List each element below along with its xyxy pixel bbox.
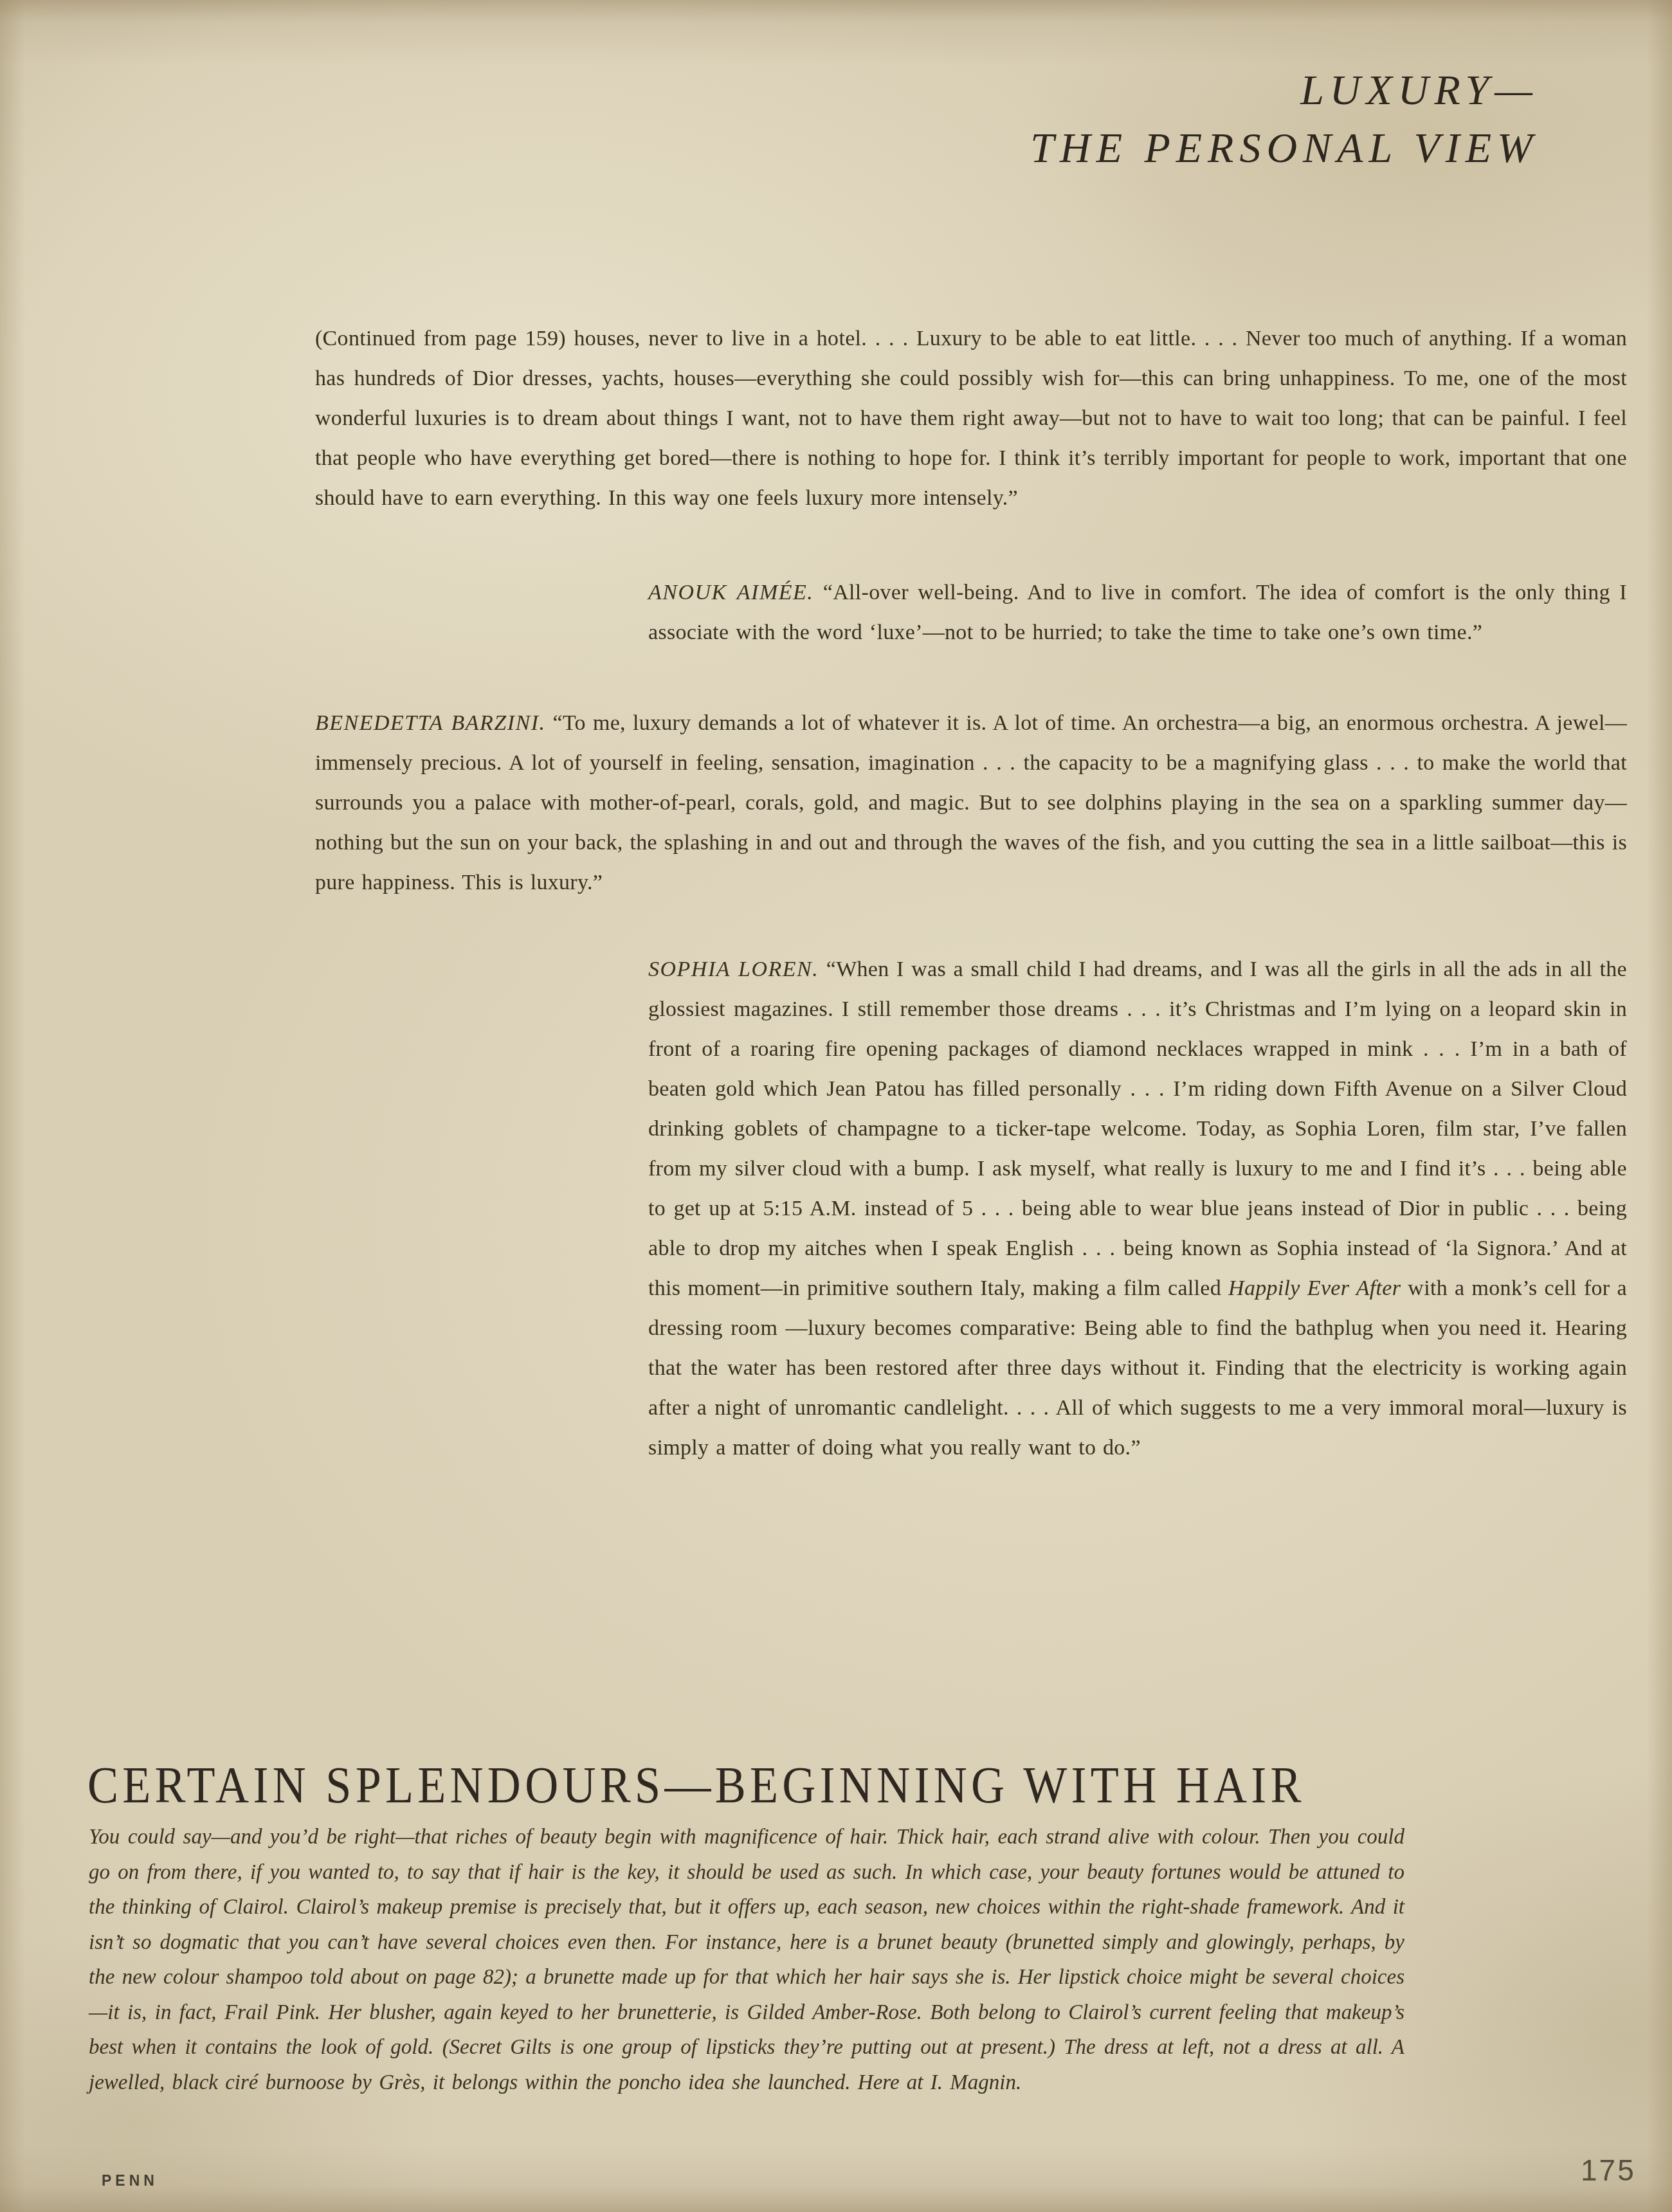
speaker-name: SOPHIA LOREN. <box>648 957 819 981</box>
article-title: LUXURY— THE PERSONAL VIEW <box>1030 62 1538 177</box>
speaker-name: BENEDETTA BARZINI. <box>315 711 546 735</box>
quote-text: “To me, luxury demands a lot of whatever… <box>315 711 1627 894</box>
film-title: Happily Ever After <box>1228 1276 1401 1300</box>
paragraph-continued: (Continued from page 159) houses, never … <box>315 319 1627 518</box>
quote-sophia-loren: SOPHIA LOREN. “When I was a small child … <box>648 950 1627 1468</box>
photographer-credit: PENN <box>102 2172 158 2189</box>
magazine-page: LUXURY— THE PERSONAL VIEW (Continued fro… <box>0 0 1672 2212</box>
section-intro-paragraph: You could say—and you’d be right—that ri… <box>89 1820 1404 2100</box>
paragraph-continued-text: houses, never to live in a hotel. . . . … <box>315 327 1627 510</box>
speaker-name: ANOUK AIMÉE. <box>648 581 813 604</box>
section-heading: CERTAIN SPLENDOURS—BEGINNING WITH HAIR <box>87 1757 1305 1815</box>
quote-anouk-aimee: ANOUK AIMÉE. “All-over well-being. And t… <box>648 573 1627 653</box>
article-title-line2: THE PERSONAL VIEW <box>1030 120 1538 177</box>
continued-from-note: (Continued from page 159) <box>315 327 574 350</box>
article-title-line1: LUXURY— <box>1030 62 1538 120</box>
quote-text-before-film-title: “When I was a small child I had dreams, … <box>648 957 1627 1300</box>
page-number: 175 <box>1581 2153 1636 2188</box>
quote-benedetta-barzini: BENEDETTA BARZINI. “To me, luxury demand… <box>315 703 1627 903</box>
quote-text-after-film-title: with a monk’s cell for a dressing room —… <box>648 1276 1627 1460</box>
